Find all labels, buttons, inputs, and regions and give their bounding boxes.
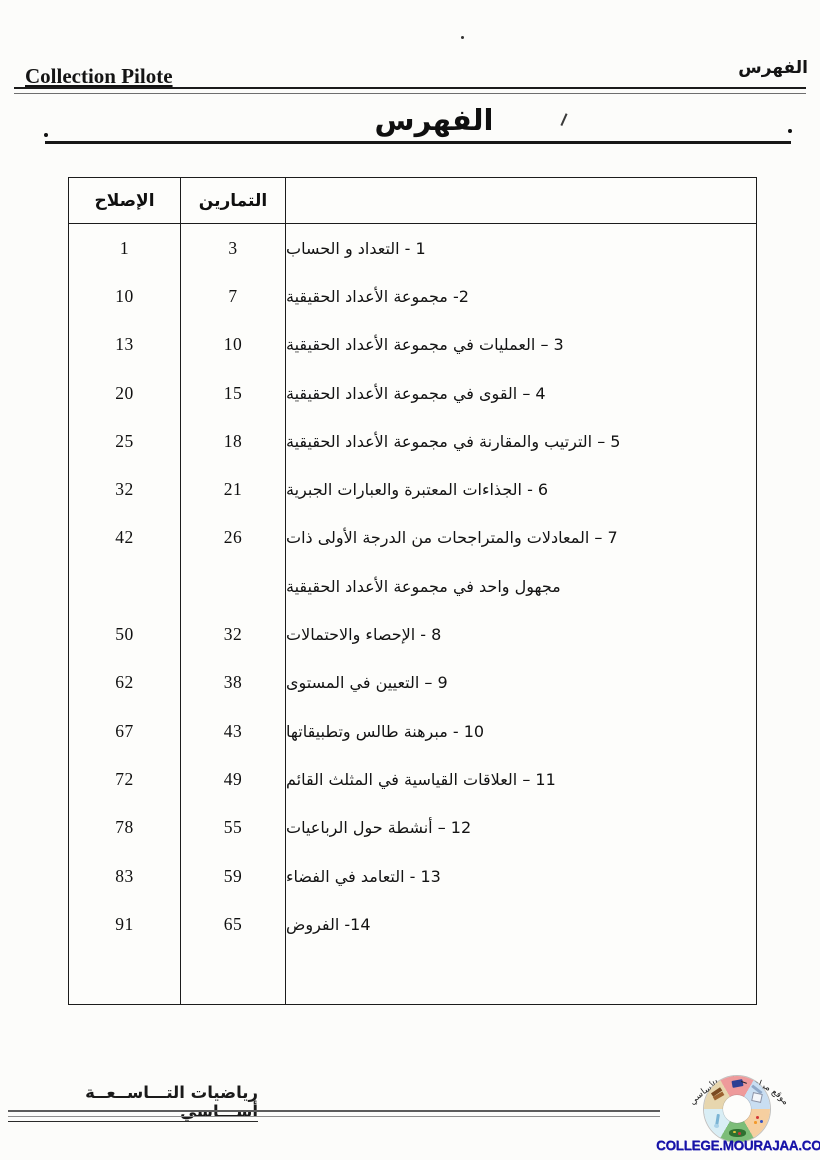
header-rule — [14, 87, 806, 94]
table-row-continuation: مجهول واحد في مجموعة الأعداد الحقيقية — [69, 562, 756, 610]
islah-page: 13 — [69, 321, 181, 369]
column-header-chapter — [286, 178, 756, 223]
scan-speck — [461, 36, 464, 39]
world-map-icon — [729, 1129, 746, 1137]
test-tube-icon — [715, 1114, 719, 1126]
column-header-tamarin: التمارين — [181, 178, 286, 223]
site-url: COLLEGE.MOURAJAA.COM — [656, 1138, 820, 1153]
tamarin-page: 3 — [181, 224, 286, 272]
title-underline-left-dot — [44, 133, 48, 137]
chapter-title: 4 – القوى في مجموعة الأعداد الحقيقية — [286, 369, 756, 417]
islah-page: 1 — [69, 224, 181, 272]
empty-cell — [181, 948, 286, 1004]
tamarin-page: 15 — [181, 369, 286, 417]
toc-header-row: الإصلاح التمارين — [69, 178, 756, 224]
chapter-title: 9 – التعيين في المستوى — [286, 659, 756, 707]
table-row: 13 10 3 – العمليات في مجموعة الأعداد الح… — [69, 321, 756, 369]
tamarin-page: 55 — [181, 804, 286, 852]
islah-page: 91 — [69, 900, 181, 948]
chapter-title: 12 – أنشطة حول الرباعيات — [286, 804, 756, 852]
islah-page: 42 — [69, 514, 181, 562]
table-row: 50 32 8 - الإحصاء والاحتمالات — [69, 610, 756, 658]
logo-center-hole — [723, 1095, 751, 1123]
chapter-title: 2- مجموعة الأعداد الحقيقية — [286, 272, 756, 320]
islah-page: 72 — [69, 755, 181, 803]
table-row: 83 59 13 - التعامد في الفضاء — [69, 852, 756, 900]
tamarin-page: 18 — [181, 417, 286, 465]
table-row: 62 38 9 – التعيين في المستوى — [69, 659, 756, 707]
tamarin-page — [181, 562, 286, 610]
table-row: 78 55 12 – أنشطة حول الرباعيات — [69, 804, 756, 852]
empty-cell — [69, 948, 181, 1004]
table-row: 25 18 5 – الترتيب والمقارنة في مجموعة ال… — [69, 417, 756, 465]
tamarin-page: 43 — [181, 707, 286, 755]
islah-page: 32 — [69, 465, 181, 513]
collection-title: Collection Pilote — [25, 64, 173, 89]
tamarin-page: 38 — [181, 659, 286, 707]
chapter-title: 10 - مبرهنة طالس وتطبيقاتها — [286, 707, 756, 755]
islah-page: 62 — [69, 659, 181, 707]
header-page-label: الفهرس — [738, 58, 808, 78]
starburst-icon — [760, 1120, 763, 1123]
tamarin-page: 26 — [181, 514, 286, 562]
chapter-title: 14- الفروض — [286, 900, 756, 948]
tamarin-page: 7 — [181, 272, 286, 320]
site-logo: موقع مراجعة علوم الأساسي COLLEGE.MOURAJA… — [656, 1054, 820, 1160]
tamarin-page: 32 — [181, 610, 286, 658]
tamarin-page: 49 — [181, 755, 286, 803]
toc-table: الإصلاح التمارين 1 3 1 - التعداد و الحسا… — [68, 177, 757, 1005]
chapter-title: 13 - التعامد في الفضاء — [286, 852, 756, 900]
chapter-title: 6 - الجذاءات المعتبرة والعبارات الجبرية — [286, 465, 756, 513]
chapter-title: 5 – الترتيب والمقارنة في مجموعة الأعداد … — [286, 417, 756, 465]
islah-page: 20 — [69, 369, 181, 417]
table-row: 32 21 6 - الجذاءات المعتبرة والعبارات ال… — [69, 465, 756, 513]
footer-rule — [8, 1110, 660, 1117]
chapter-title: 8 - الإحصاء والاحتمالات — [286, 610, 756, 658]
islah-page: 50 — [69, 610, 181, 658]
title-underline-right-dot — [788, 129, 792, 133]
islah-page: 78 — [69, 804, 181, 852]
paper-icon — [751, 1092, 763, 1103]
table-row: 91 65 14- الفروض — [69, 900, 756, 948]
starburst-icon — [756, 1116, 759, 1119]
page-title: الفهرس — [0, 103, 820, 137]
islah-page: 10 — [69, 272, 181, 320]
tamarin-page: 59 — [181, 852, 286, 900]
table-row: 20 15 4 – القوى في مجموعة الأعداد الحقيق… — [69, 369, 756, 417]
chapter-title: 3 – العمليات في مجموعة الأعداد الحقيقية — [286, 321, 756, 369]
islah-page: 83 — [69, 852, 181, 900]
chapter-title: 11 – العلاقات القياسية في المثلث القائم — [286, 755, 756, 803]
tamarin-page: 65 — [181, 900, 286, 948]
starburst-icon — [754, 1121, 757, 1124]
tamarin-page: 21 — [181, 465, 286, 513]
scanned-toc-page: Collection Pilote الفهرس الفهرس الإصلاح … — [0, 0, 820, 1160]
tamarin-page: 10 — [181, 321, 286, 369]
graduation-cap-icon — [731, 1079, 743, 1088]
chapter-title-continuation: مجهول واحد في مجموعة الأعداد الحقيقية — [286, 562, 756, 610]
empty-cell — [286, 948, 756, 1004]
chapter-title: 7 – المعادلات والمتراجحات من الدرجة الأو… — [286, 514, 756, 562]
islah-page — [69, 562, 181, 610]
table-empty-space — [69, 948, 756, 1004]
chapter-title: 1 - التعداد و الحساب — [286, 224, 756, 272]
table-row: 1 3 1 - التعداد و الحساب — [69, 224, 756, 272]
title-underline — [45, 141, 791, 144]
column-header-islah: الإصلاح — [69, 178, 181, 223]
table-row: 10 7 2- مجموعة الأعداد الحقيقية — [69, 272, 756, 320]
logo-wheel-icon — [704, 1076, 770, 1142]
islah-page: 25 — [69, 417, 181, 465]
table-row: 72 49 11 – العلاقات القياسية في المثلث ا… — [69, 755, 756, 803]
islah-page: 67 — [69, 707, 181, 755]
table-row: 67 43 10 - مبرهنة طالس وتطبيقاتها — [69, 707, 756, 755]
table-row: 42 26 7 – المعادلات والمتراجحات من الدرج… — [69, 514, 756, 562]
